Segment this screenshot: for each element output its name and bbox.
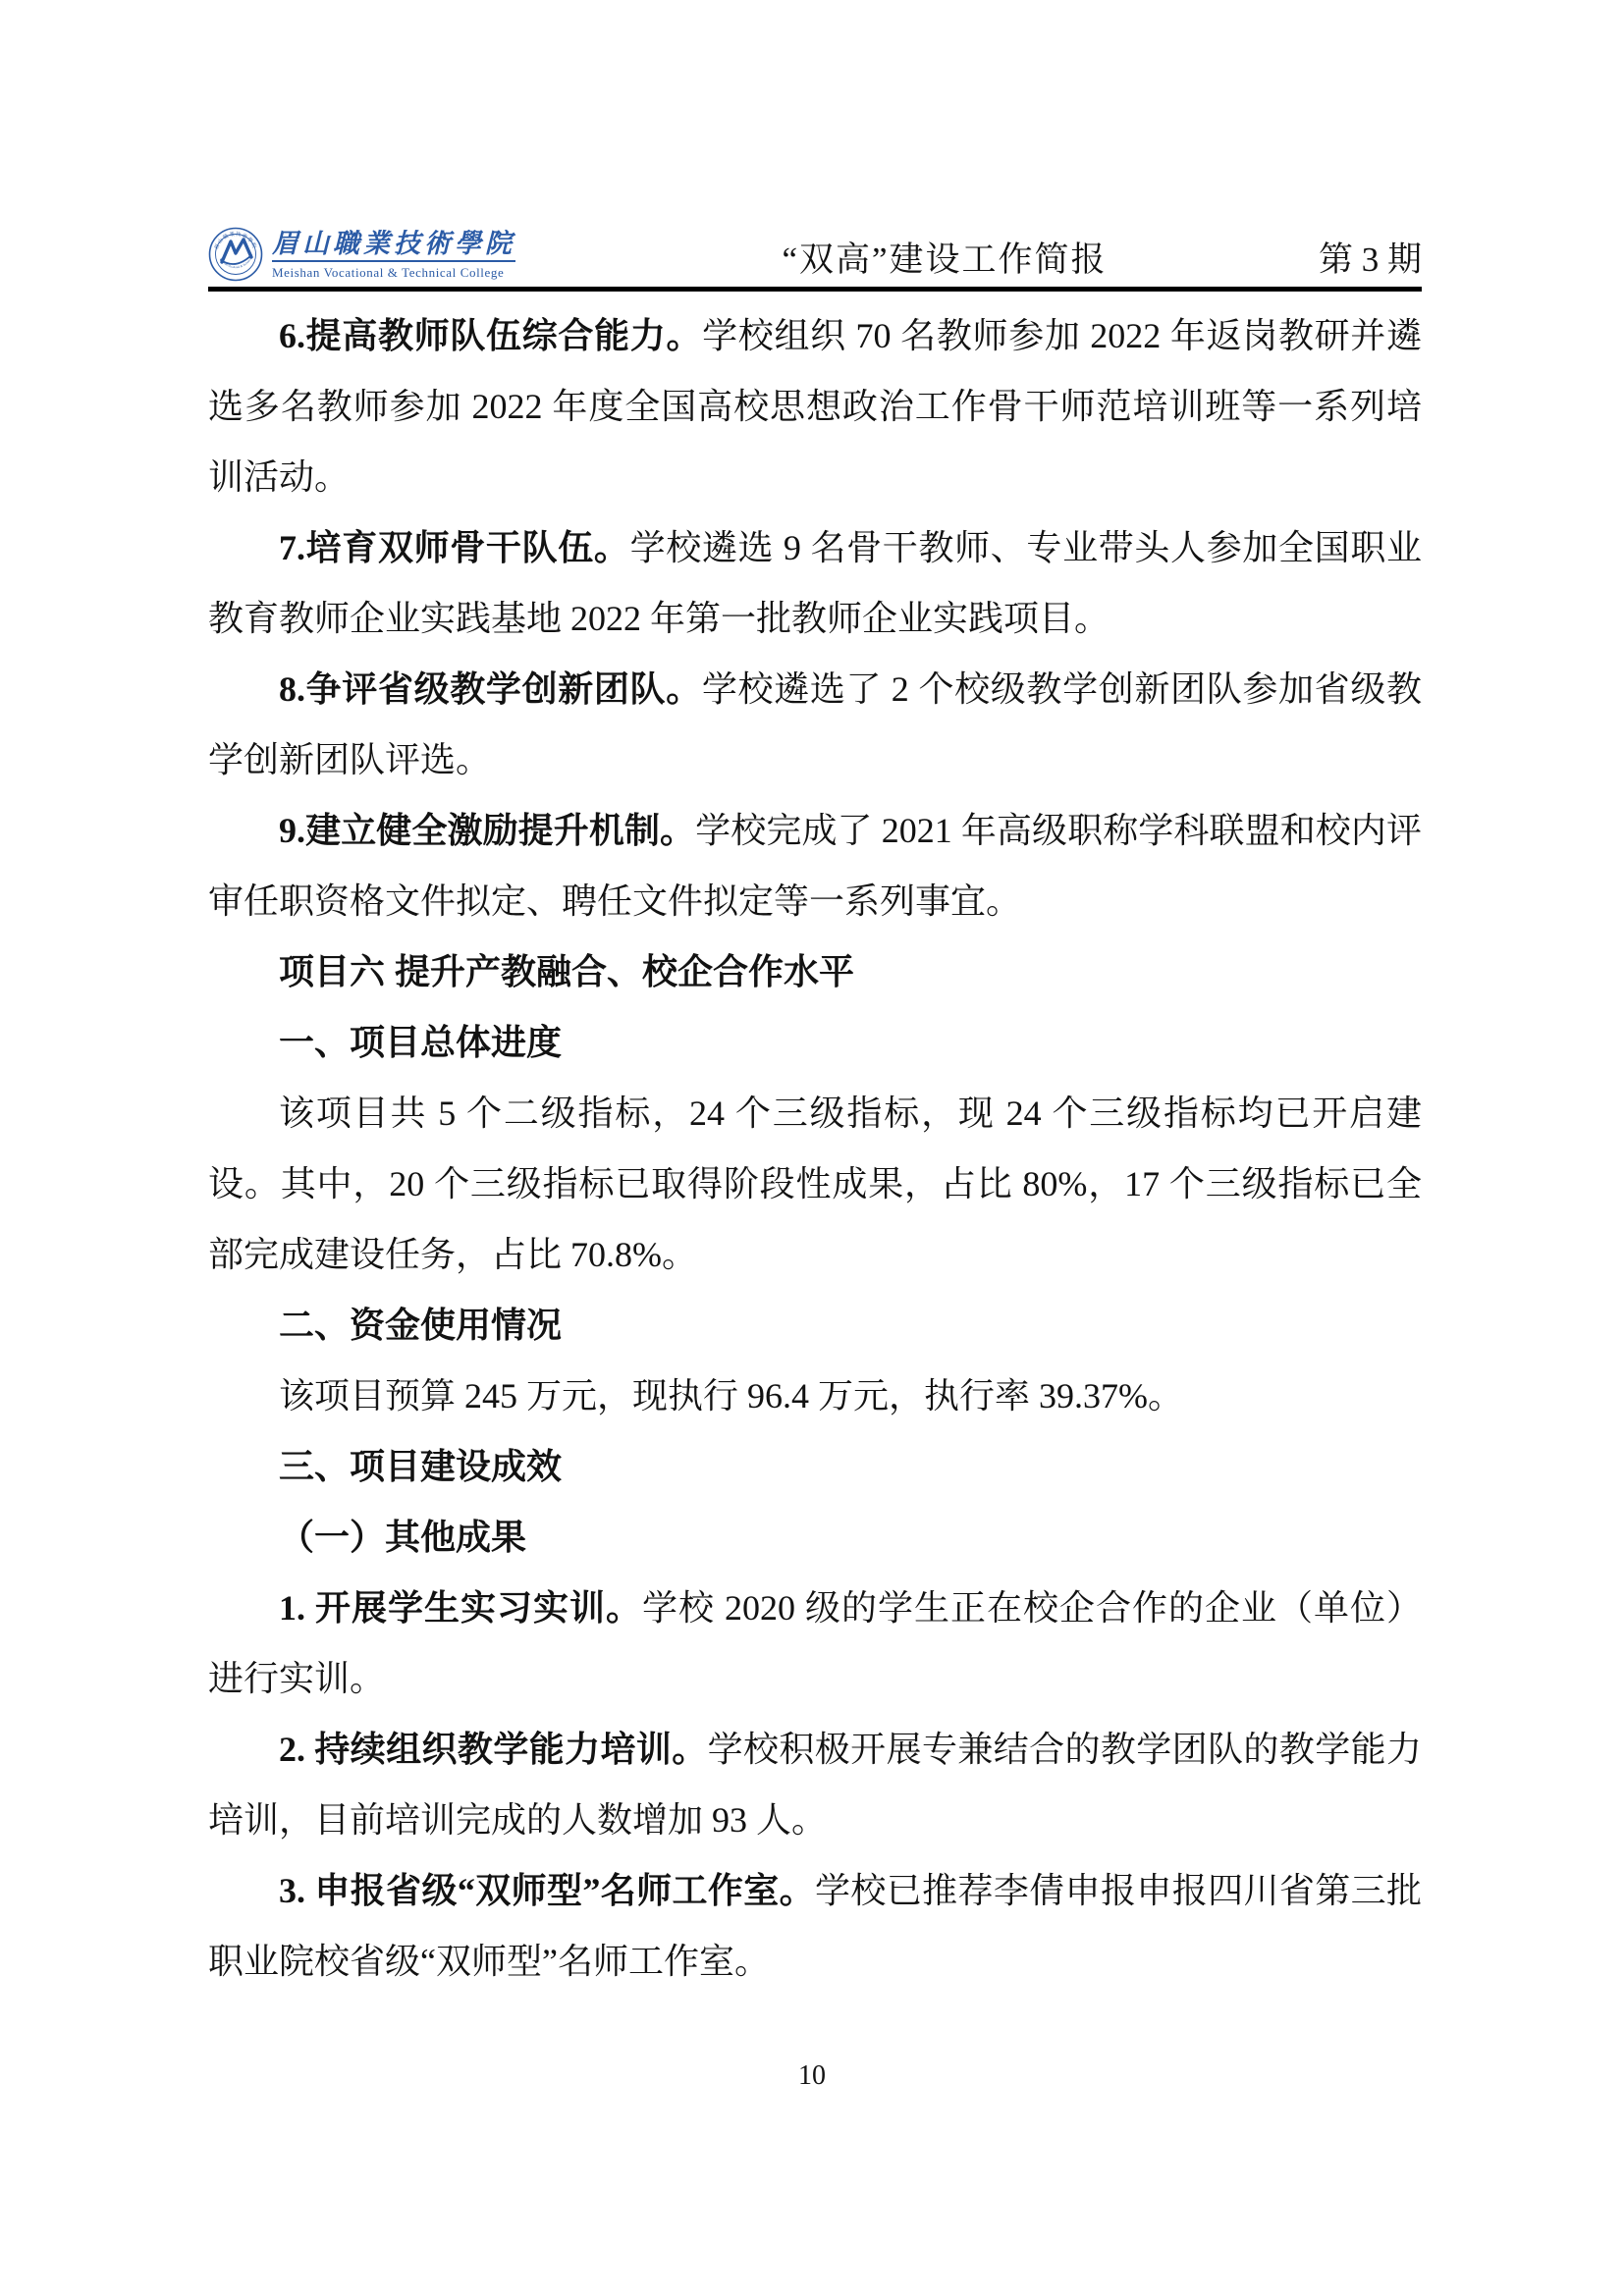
paragraph-item-3: 3. 申报省级“双师型”名师工作室。学校已推荐李倩申报申报四川省第三批职业院校省… <box>208 1855 1422 1997</box>
college-logo: 眉山職業技術學院 Meishan Vocational & Technical … <box>208 227 515 282</box>
paragraph-lead: 7.培育双师骨干队伍。 <box>279 528 630 567</box>
paragraph-item-8: 8.争评省级教学创新团队。学校遴选了 2 个校级教学创新团队参加省级教学创新团队… <box>208 654 1422 795</box>
paragraph-item-2: 2. 持续组织教学能力培训。学校积极开展专兼结合的教学团队的教学能力培训，目前培… <box>208 1714 1422 1855</box>
paragraph-lead: 6.提高教师队伍综合能力。 <box>279 316 702 355</box>
paragraph-lead: 9.建立健全激励提升机制。 <box>279 811 695 850</box>
paragraph-lead: 2. 持续组织教学能力培训。 <box>279 1730 708 1769</box>
subsection-heading-overall-progress: 一、项目总体进度 <box>208 1007 1422 1078</box>
paragraph-lead: 8.争评省级教学创新团队。 <box>279 669 702 709</box>
paragraph-item-7: 7.培育双师骨干队伍。学校遴选 9 名骨干教师、专业带头人参加全国职业教育教师企… <box>208 512 1422 654</box>
paragraph-item-6: 6.提高教师队伍综合能力。学校组织 70 名教师参加 2022 年返岗教研并遴选… <box>208 300 1422 512</box>
paragraph-progress: 该项目共 5 个二级指标，24 个三级指标，现 24 个三级指标均已开启建设。其… <box>208 1078 1422 1290</box>
college-name-en: Meishan Vocational & Technical College <box>272 262 515 281</box>
section-heading-project-six: 项目六 提升产教融合、校企合作水平 <box>208 936 1422 1007</box>
subsection-heading-other-results: （一）其他成果 <box>208 1502 1422 1573</box>
college-name-block: 眉山職業技術學院 Meishan Vocational & Technical … <box>272 229 515 281</box>
issue-number: 第 3 期 <box>1319 239 1422 282</box>
subsection-heading-fund-usage: 二、资金使用情况 <box>208 1290 1422 1361</box>
paragraph-fund: 该项目预算 245 万元，现执行 96.4 万元，执行率 39.37%。 <box>208 1361 1422 1431</box>
page-number: 10 <box>0 2059 1624 2093</box>
paragraph-lead: 1. 开展学生实习实训。 <box>279 1588 642 1628</box>
document-page: 眉山職業技術學院 Meishan Vocational & Technical … <box>0 0 1624 2296</box>
page-header: 眉山職業技術學院 Meishan Vocational & Technical … <box>208 227 1422 292</box>
document-body: 6.提高教师队伍综合能力。学校组织 70 名教师参加 2022 年返岗教研并遴选… <box>208 300 1422 1997</box>
paragraph-text: 该项目预算 245 万元，现执行 96.4 万元，执行率 39.37%。 <box>279 1376 1183 1415</box>
paragraph-item-1: 1. 开展学生实习实训。学校 2020 级的学生正在校企合作的企业（单位）进行实… <box>208 1573 1422 1714</box>
paragraph-text: 该项目共 5 个二级指标，24 个三级指标，现 24 个三级指标均已开启建设。其… <box>208 1094 1422 1274</box>
school-seal-icon: 眉山職業技術學院 Meishan Vocational & Technical … <box>208 227 263 282</box>
subsection-heading-achievements: 三、项目建设成效 <box>208 1431 1422 1502</box>
svg-text:眉山職業技術學院: 眉山職業技術學院 <box>212 230 259 250</box>
bulletin-title: “双高”建设工作简报 <box>782 239 1107 282</box>
paragraph-item-9: 9.建立健全激励提升机制。学校完成了 2021 年高级职称学科联盟和校内评审任职… <box>208 795 1422 936</box>
paragraph-lead: 3. 申报省级“双师型”名师工作室。 <box>279 1871 815 1910</box>
college-name-cn: 眉山職業技術學院 <box>272 229 515 262</box>
